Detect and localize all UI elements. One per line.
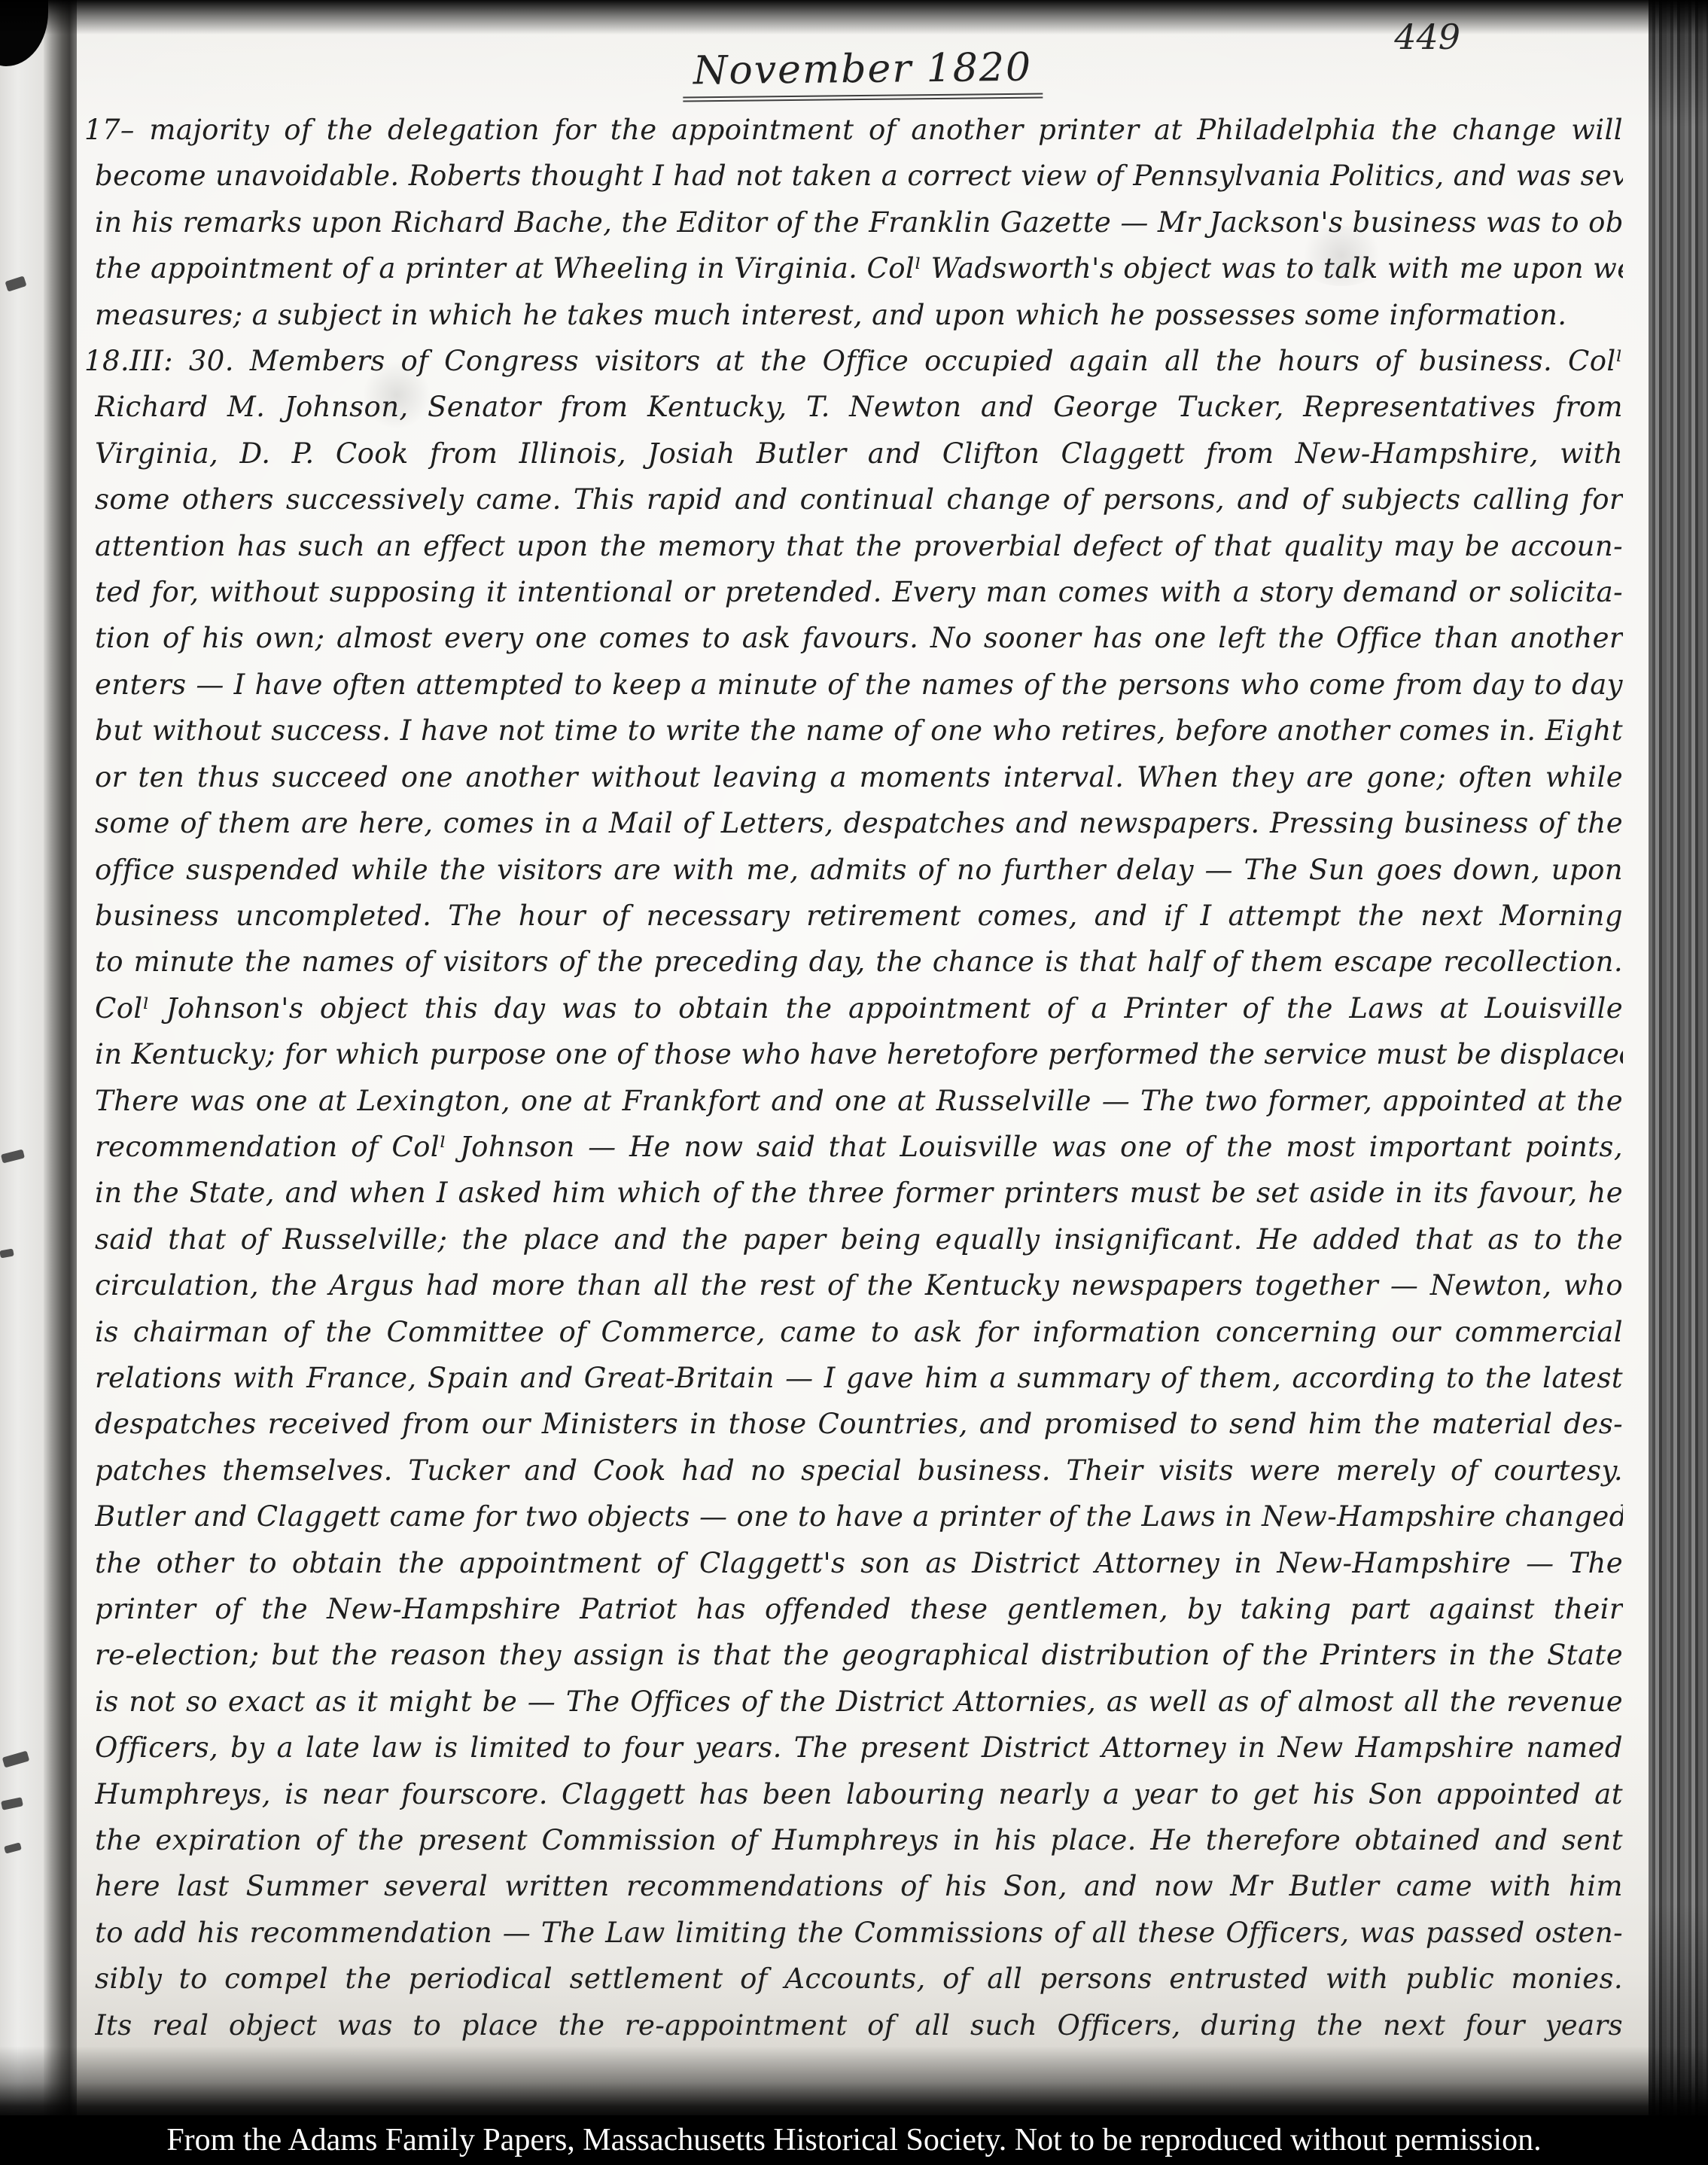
binding-gutter [44, 0, 77, 2115]
manuscript-line: in the State, and when I asked him which… [95, 1170, 1623, 1216]
bottom-edge-shadow [0, 2046, 1708, 2121]
manuscript-line: There was one at Lexington, one at Frank… [95, 1078, 1623, 1124]
manuscript-line: Butler and Claggett came for two objects… [95, 1494, 1623, 1539]
manuscript-line: circulation, the Argus had more than all… [95, 1262, 1623, 1308]
manuscript-line: printer of the New-Hampshire Patriot has… [95, 1586, 1623, 1632]
caption-bar: From the Adams Family Papers, Massachuse… [0, 2115, 1708, 2165]
facing-page-ink-fragment [5, 276, 26, 291]
manuscript-line: the other to obtain the appointment of C… [95, 1540, 1623, 1586]
manuscript-line: here last Summer several written recomme… [95, 1863, 1623, 1909]
facing-page-ink-fragment [2, 1751, 30, 1768]
manuscript-scan: November 1820 449 17– majority of the de… [0, 0, 1708, 2165]
manuscript-line: patches themselves. Tucker and Cook had … [95, 1448, 1623, 1494]
manuscript-line: measures; a subject in which he takes mu… [95, 292, 1623, 338]
facing-page-ink-fragment [4, 1842, 22, 1853]
manuscript-line: to add his recommendation — The Law limi… [95, 1910, 1623, 1956]
manuscript-line: to minute the names of visitors of the p… [95, 939, 1623, 985]
facing-page-sliver [0, 0, 44, 2115]
facing-page-ink-fragment [0, 1249, 14, 1259]
facing-page-ink-fragment [1, 1149, 25, 1164]
manuscript-line: the appointment of a printer at Wheeling… [95, 245, 1623, 291]
manuscript-line: attention has such an effect upon the me… [95, 523, 1623, 569]
manuscript-line: tion of his own; almost every one comes … [95, 615, 1623, 661]
manuscript-line: or ten thus succeed one another without … [95, 754, 1623, 800]
manuscript-body: 17– majority of the delegation for the a… [95, 107, 1623, 2048]
manuscript-line: Colˡ Johnson's object this day was to ob… [95, 985, 1623, 1031]
manuscript-line: Virginia, D. P. Cook from Illinois, Josi… [95, 431, 1623, 477]
manuscript-line: Richard M. Johnson, Senator from Kentuck… [95, 384, 1623, 430]
manuscript-line: despatches received from our Ministers i… [95, 1401, 1623, 1447]
manuscript-line: enters — I have often attempted to keep … [95, 662, 1623, 708]
manuscript-line: relations with France, Spain and Great-B… [95, 1355, 1623, 1401]
caption-text: From the Adams Family Papers, Massachuse… [166, 2122, 1541, 2158]
manuscript-line: Officers, by a late law is limited to fo… [95, 1725, 1623, 1771]
manuscript-line: sibly to compel the periodical settlemen… [95, 1956, 1623, 2002]
manuscript-line: the expiration of the present Commission… [95, 1817, 1623, 1863]
manuscript-line: is not so exact as it might be — The Off… [95, 1679, 1623, 1725]
top-edge-shadow [0, 0, 1708, 35]
manuscript-line: but without success. I have not time to … [95, 708, 1623, 754]
manuscript-line: said that of Russelville; the place and … [95, 1216, 1623, 1262]
manuscript-line: recommendation of Colˡ Johnson — He now … [95, 1124, 1623, 1170]
manuscript-line: 18.III: 30. Members of Congress visitors… [84, 338, 1623, 384]
facing-page-ink-fragment [1, 1797, 23, 1810]
book-fore-edge [1649, 0, 1708, 2115]
date-heading: November 1820 [683, 44, 1043, 102]
manuscript-page: November 1820 449 17– majority of the de… [77, 0, 1649, 2115]
manuscript-line: in his remarks upon Richard Bache, the E… [95, 199, 1623, 245]
manuscript-line: office suspended while the visitors are … [95, 847, 1623, 893]
manuscript-line: some others successively came. This rapi… [95, 477, 1623, 522]
manuscript-line: some of them are here, comes in a Mail o… [95, 800, 1623, 846]
manuscript-line: 17– majority of the delegation for the a… [84, 107, 1623, 153]
manuscript-line: re-election; but the reason they assign … [95, 1632, 1623, 1678]
manuscript-line: in Kentucky; for which purpose one of th… [95, 1031, 1623, 1077]
manuscript-line: ted for, without supposing it intentiona… [95, 569, 1623, 615]
manuscript-line: Humphreys, is near fourscore. Claggett h… [95, 1771, 1623, 1817]
manuscript-line: is chairman of the Committee of Commerce… [95, 1309, 1623, 1355]
manuscript-line: business uncompleted. The hour of necess… [95, 893, 1623, 939]
manuscript-line: Its real object was to place the re-appo… [95, 2002, 1623, 2048]
manuscript-line: become unavoidable. Roberts thought I ha… [95, 153, 1623, 199]
